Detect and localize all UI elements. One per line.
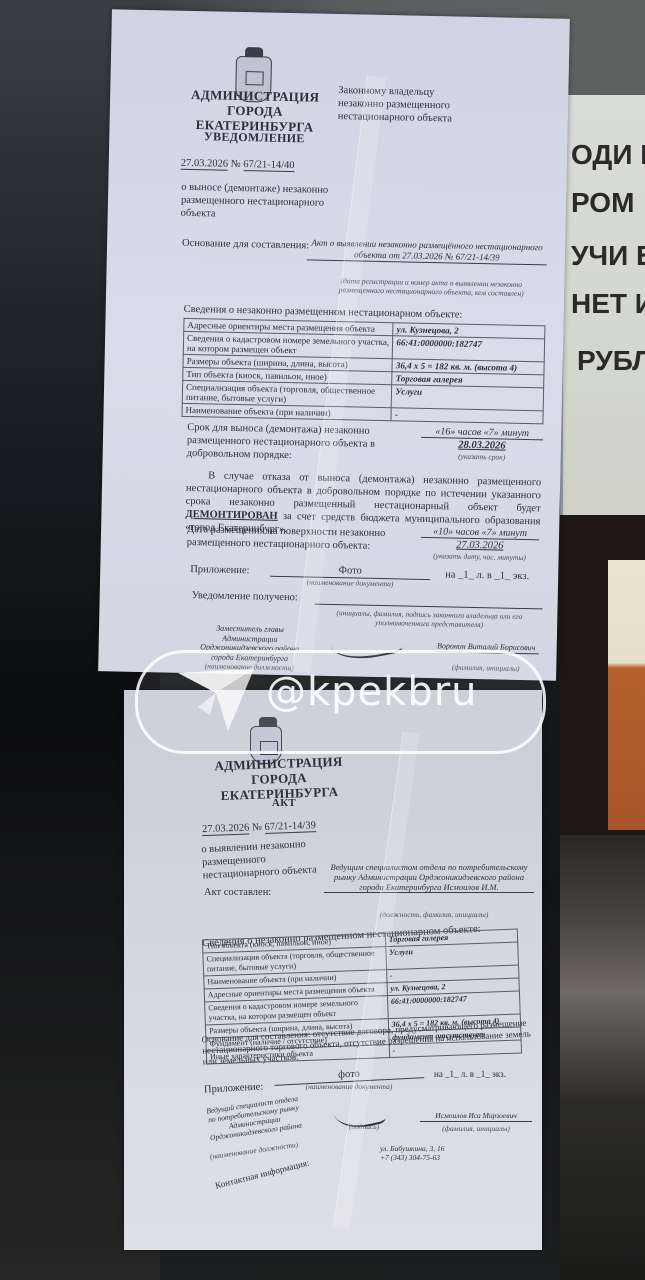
contact-phone: +7 (343) 304-75-63 (380, 1153, 444, 1162)
notice-subject: о выносе (демонтаже) незаконно размещенн… (181, 181, 342, 223)
notice-document: АДМИНИСТРАЦИЯ ГОРОДА ЕКАТЕРИНБУРГА УВЕДО… (98, 9, 570, 680)
notice-info-table: Адресные ориентиры места размещения объе… (181, 318, 545, 425)
act-attachment-label: Приложение: (204, 1080, 264, 1096)
act-date-number: 27.03.2026 № 67/21-14/39 (202, 817, 382, 836)
poster-line: РУБЛ (577, 345, 645, 377)
placement-block: «10» часов «7» минут 27.03.2026 (указать… (421, 526, 540, 562)
composed-label: Акт составлен: (204, 886, 271, 899)
row-value: Услуги (392, 385, 544, 411)
row-value: - (391, 408, 543, 424)
deadline-block: «16» часов «7» минут 28.03.2026 (указать… (421, 426, 544, 463)
act-subject: о выявлении незаконно размещенного неста… (201, 837, 333, 883)
number-label: № (231, 159, 241, 170)
act-title: АКТ (224, 796, 344, 811)
watermark-handle: @kpekbru (266, 669, 478, 715)
basis-label: Основание для составления: (182, 237, 309, 253)
act-signer-name-hint: (фамилия, инициалы) (420, 1124, 532, 1133)
act-date: 27.03.2026 (202, 822, 250, 836)
act-document: АДМИНИСТРАЦИЯ ГОРОДА ЕКАТЕРИНБУРГА АКТ 2… (124, 690, 542, 1250)
background-floor (560, 835, 645, 1280)
composed-value: Ведущим специалистом отдела по потребите… (324, 862, 534, 893)
placement-hint: (указать дату, час, минуты) (421, 551, 539, 562)
paper-plane-bird-icon (176, 667, 256, 733)
poster-line: ОДИ В (571, 139, 645, 171)
poster-line: УЧИ Б (571, 240, 645, 272)
poster-line: НЕТ И (571, 288, 645, 320)
attachment-label: Приложение: (190, 563, 250, 577)
notice-date-number: 27.03.2026 № 67/21-14/40 (181, 157, 341, 173)
org-line1: АДМИНИСТРАЦИЯ ГОРОДА (170, 87, 341, 121)
act-signer-position-hint: (наименование должности) (204, 1139, 304, 1162)
contact-label: Контактная информация: (214, 1157, 311, 1193)
act-signer-position: Ведущий специалист отдела по потребитель… (202, 1093, 306, 1143)
background-poster: ОДИ В РОМ УЧИ Б НЕТ И РУБЛ (560, 95, 645, 515)
placement-label: Дата размещения на поверхности незаконно… (187, 523, 388, 553)
act-signer-name: Исмоилов Иса Мирзоевич (420, 1110, 532, 1122)
deadline-label: Срок для выноса (демонтажа) незаконно ра… (187, 421, 398, 464)
received-hint: (инициалы, фамилия, подпись законного вл… (319, 608, 539, 631)
act-number: 67/21-14/39 (264, 820, 316, 834)
notice-number: 67/21-14/40 (243, 159, 295, 172)
attachment-pages: на _1_ л. в _1_ экз. (445, 568, 529, 583)
notice-addressee: Законному владельцу незаконно размещенно… (338, 84, 464, 126)
notice-date: 27.03.2026 (181, 158, 228, 171)
channel-watermark: @kpekbru (135, 650, 546, 754)
number-label: № (252, 822, 262, 833)
background-cabinet (608, 560, 645, 830)
composed-hint: (должность, фамилия, инициалы) (334, 910, 534, 919)
warning-emphasis: ДЕМОНТИРОВАН (185, 509, 277, 522)
act-attachment-hint: (наименование документа) (274, 1082, 424, 1091)
attachment-hint: (наименование документа) (270, 577, 430, 589)
notice-title: УВЕДОМЛЕНИЕ (169, 129, 339, 148)
contact-address: ул. Бабушкина, 3, 16 (380, 1144, 444, 1153)
warning-text: В случае отказа от выноса (демонтажа) не… (186, 470, 542, 514)
contact-block: ул. Бабушкина, 3, 16 +7 (343) 304-75-63 (380, 1144, 444, 1162)
act-attachment-pages: на _1_ л. в _1_ экз. (434, 1068, 506, 1081)
poster-line: РОМ (571, 187, 634, 219)
received-label: Уведомление получено: (192, 589, 298, 604)
notice-org-name: АДМИНИСТРАЦИЯ ГОРОДА ЕКАТЕРИНБУРГА (169, 87, 340, 136)
row-value: 66:41:0000000:182747 (393, 336, 545, 362)
deadline-hint: (указать срок) (421, 451, 543, 463)
